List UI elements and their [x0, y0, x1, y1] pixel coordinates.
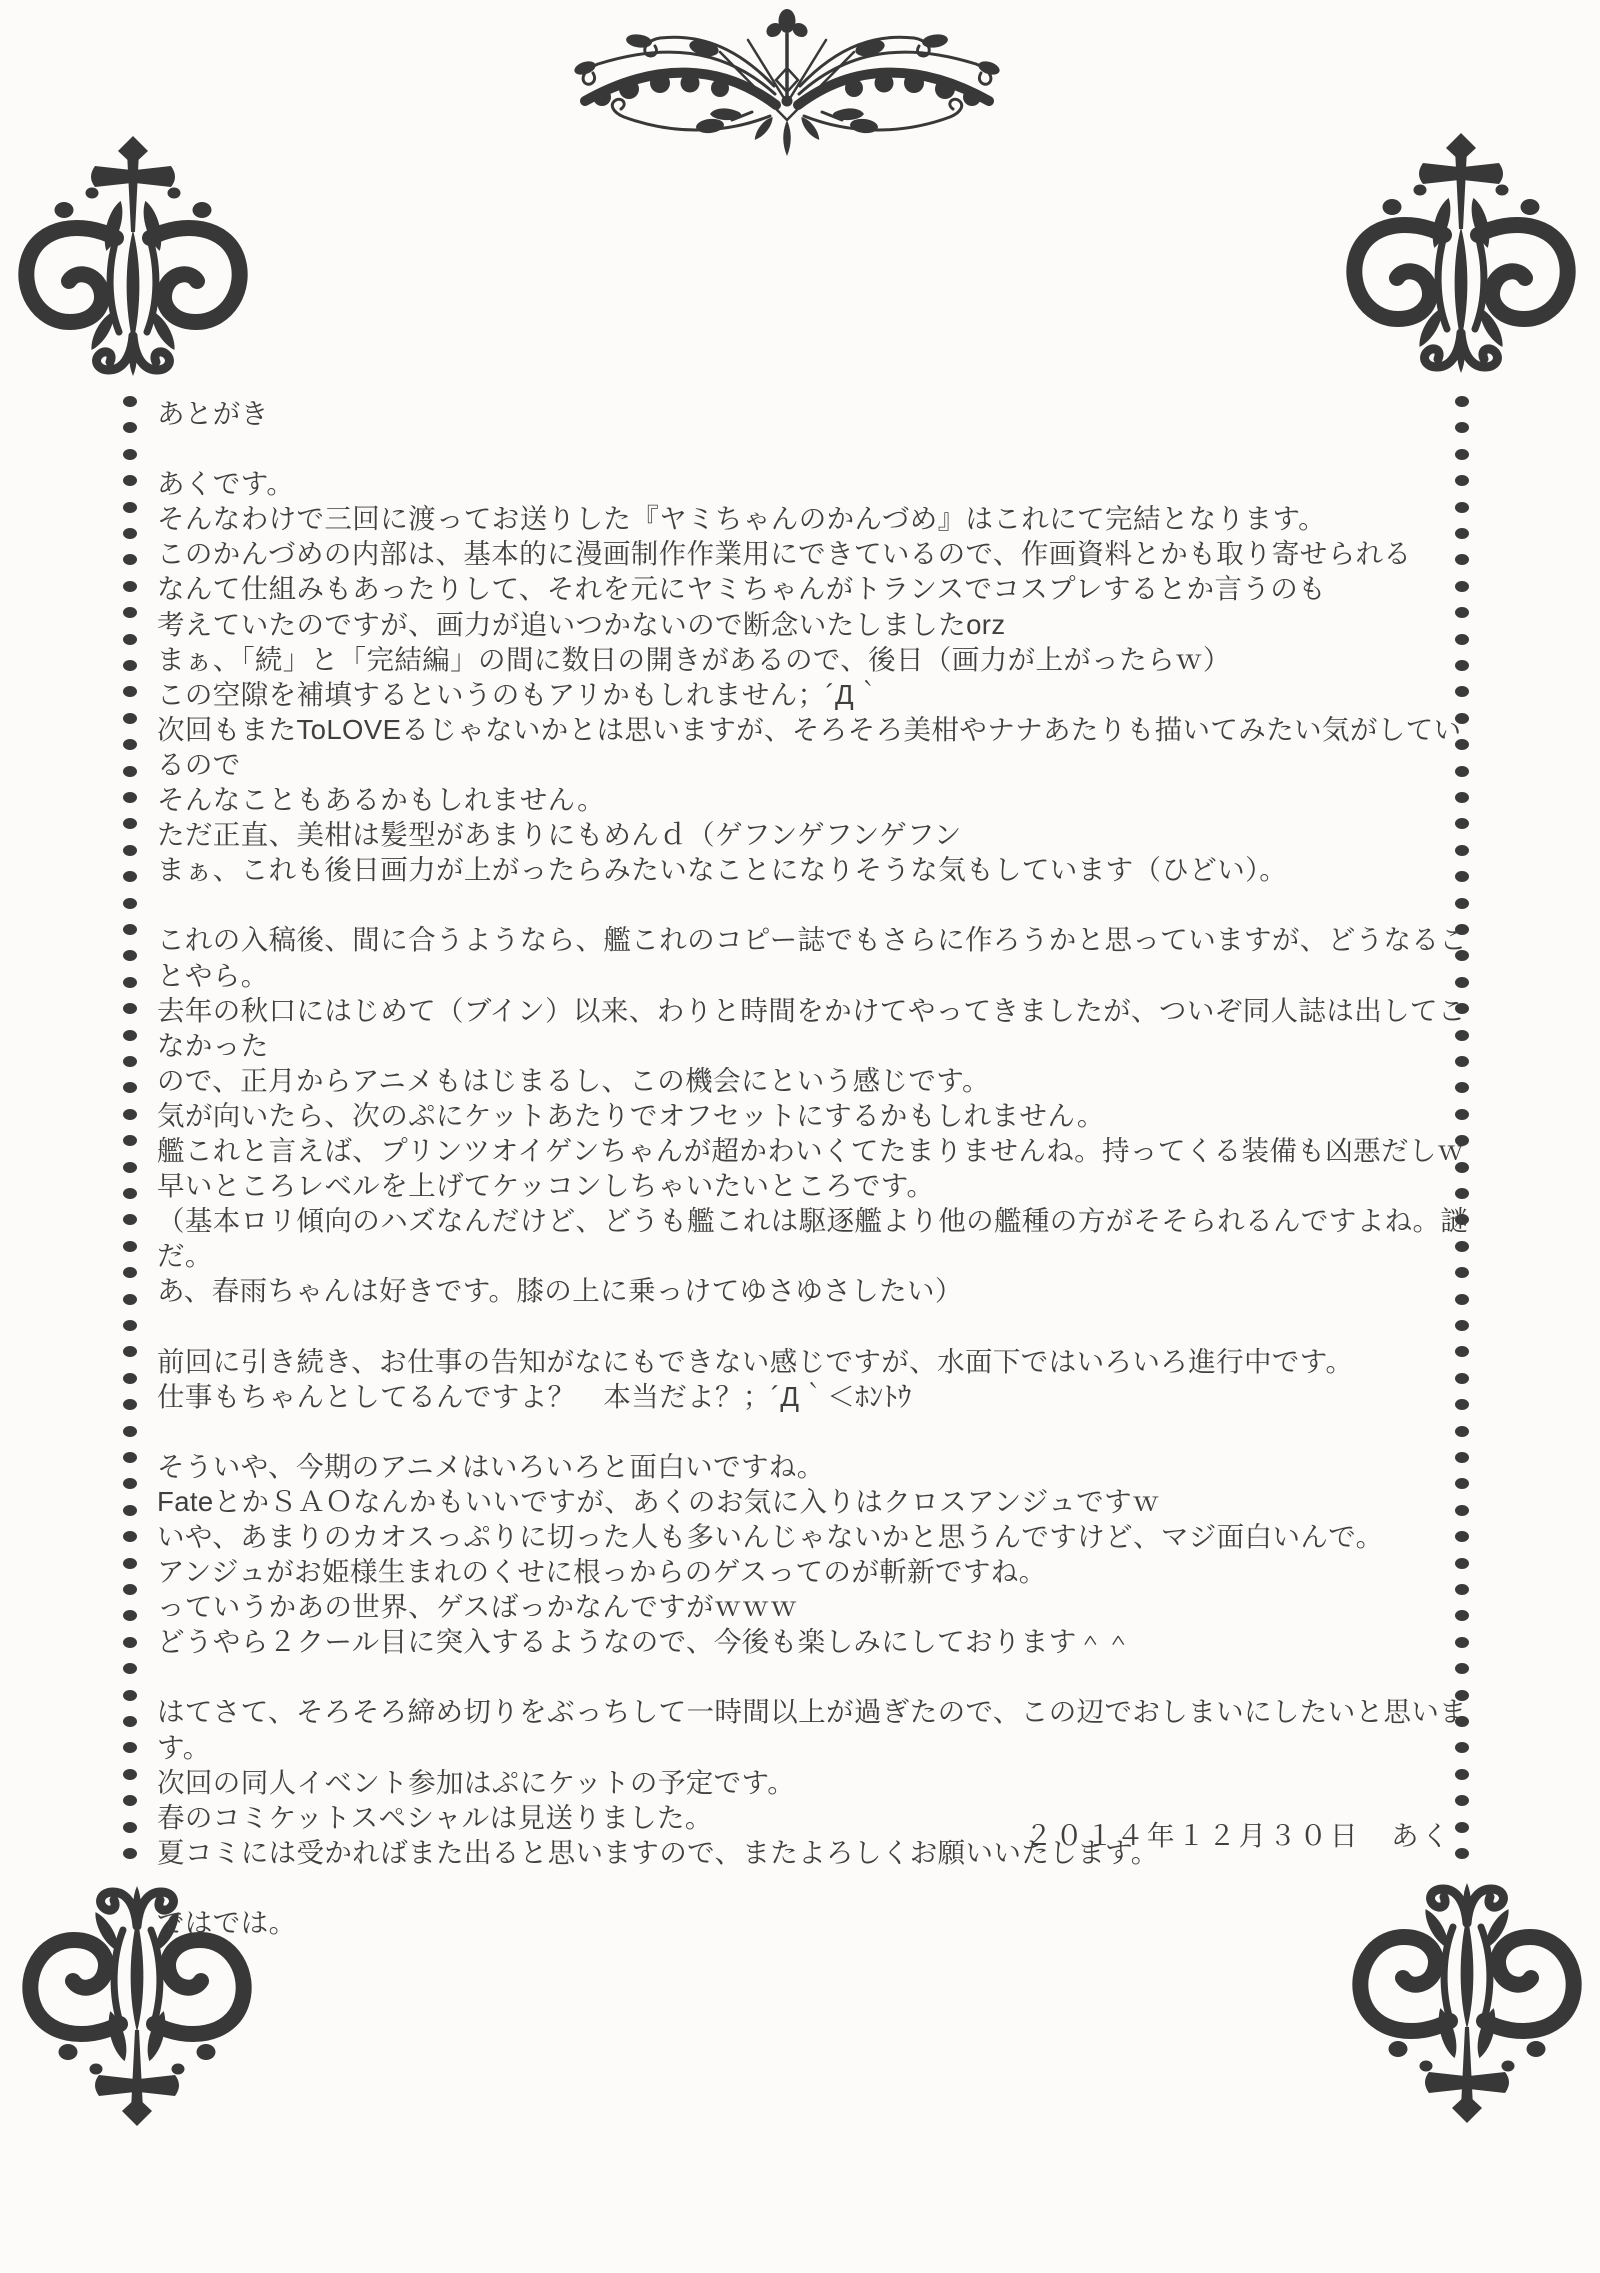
border-dot [123, 713, 137, 724]
text-line: FateとかＳＡＯなんかもいいですが、あくのお気に入りはクロスアンジュですｗ [157, 1484, 1469, 1519]
border-dot [123, 528, 137, 539]
border-dot [123, 924, 137, 935]
border-dot [123, 554, 137, 565]
text-line: どうやら２クール目に突入するようなので、今後も楽しみにしております＾＾ [157, 1624, 1469, 1659]
border-dot [123, 1584, 137, 1595]
border-dot [123, 1373, 137, 1384]
text-line: まぁ、「続」と「完結編」の間に数日の開きがあるので、後日（画力が上がったらｗ） [157, 642, 1469, 677]
border-dot [123, 818, 137, 829]
text-line: あ、春雨ちゃんは好きです。膝の上に乗っけてゆさゆさしたい） [157, 1273, 1469, 1308]
text-line: 次回の同人イベント参加はぷにケットの予定です。 [157, 1765, 1469, 1800]
border-dot [123, 1003, 137, 1014]
afterword-page: あとがき あくです。そんなわけで三回に渡ってお送りした『ヤミちゃんのかんづめ』は… [0, 0, 1600, 2273]
border-dot [123, 607, 137, 618]
text-line: 気が向いたら、次のぷにケットあたりでオフセットにするかもしれません。 [157, 1098, 1469, 1133]
text-line: ただ正直、美柑は髪型があまりにもめんｄ（ゲフンゲフンゲフン [157, 817, 1469, 852]
border-dot [123, 1426, 137, 1437]
border-dot [123, 581, 137, 592]
text-line [157, 887, 1469, 922]
text-line: そんなわけで三回に渡ってお送りした『ヤミちゃんのかんづめ』はこれにて完結となりま… [157, 501, 1469, 536]
afterword-body: あくです。そんなわけで三回に渡ってお送りした『ヤミちゃんのかんづめ』はこれにて完… [157, 431, 1469, 1940]
border-dot [123, 449, 137, 460]
border-dot [123, 1056, 137, 1067]
border-dot [123, 1188, 137, 1199]
border-dot [123, 766, 137, 777]
border-dot [123, 686, 137, 697]
border-dot [123, 898, 137, 909]
text-line: このかんづめの内部は、基本的に漫画制作作業用にできているので、作画資料とかも取り… [157, 536, 1469, 571]
border-dot [123, 1610, 137, 1621]
text-line: 次回もまたToLOVEるじゃないかとは思いますが、そろそろ美柑やナナあたりも描い… [157, 712, 1469, 782]
text-line [157, 1659, 1469, 1694]
text-line [157, 1308, 1469, 1343]
border-dot [123, 1795, 137, 1806]
text-line: あくです。 [157, 466, 1469, 501]
text-line: （基本ロリ傾向のハズなんだけど、どうも艦これは駆逐艦より他の艦種の方がそそられる… [157, 1203, 1469, 1273]
border-dot [123, 792, 137, 803]
border-dot [123, 1109, 137, 1120]
border-dot [123, 1531, 137, 1542]
border-dot [123, 1505, 137, 1516]
afterword-heading: あとがき [157, 396, 1469, 431]
border-dot [123, 502, 137, 513]
border-dot [123, 1294, 137, 1305]
border-dot [123, 1848, 137, 1859]
border-dot [123, 1822, 137, 1833]
border-dot [123, 950, 137, 961]
border-dot [123, 1637, 137, 1648]
border-dot [123, 1399, 137, 1410]
border-dot [123, 1716, 137, 1727]
border-dot [123, 871, 137, 882]
text-line: いや、あまりのカオスっぷりに切った人も多いんじゃないかと思うんですけど、マジ面白… [157, 1519, 1469, 1554]
border-dot [123, 739, 137, 750]
text-line: ではでは。 [157, 1905, 1469, 1940]
border-dot [123, 1558, 137, 1569]
text-line: ので、正月からアニメもはじまるし、この機会にという感じです。 [157, 1063, 1469, 1098]
text-line: 早いところレベルを上げてケッコンしちゃいたいところです。 [157, 1168, 1469, 1203]
corner-ornament-top-right [1346, 133, 1576, 373]
text-line [157, 431, 1469, 466]
border-dot [123, 1030, 137, 1041]
text-line: アンジュがお姫様生まれのくせに根っからのゲスってのが斬新ですね。 [157, 1554, 1469, 1589]
border-dot [123, 1452, 137, 1463]
text-line: 前回に引き続き、お仕事の告知がなにもできない感じですが、水面下ではいろいろ進行中… [157, 1344, 1469, 1379]
border-dot [123, 1346, 137, 1357]
border-dot [123, 422, 137, 433]
border-dot [123, 1690, 137, 1701]
border-dot [123, 1267, 137, 1278]
text-line: なんて仕組みもあったりして、それを元にヤミちゃんがトランスでコスプレするとか言う… [157, 571, 1469, 606]
border-dot [123, 1162, 137, 1173]
border-dot [123, 1320, 137, 1331]
border-dot [123, 1241, 137, 1252]
text-line [157, 1414, 1469, 1449]
text-line: 仕事もちゃんとしてるんですよ？ 本当だよ？；´Д｀＜ﾎﾝﾄｳ [157, 1379, 1469, 1414]
border-dot [123, 396, 137, 407]
border-dot [123, 1742, 137, 1753]
border-dot [123, 1478, 137, 1489]
border-dot [123, 660, 137, 671]
border-dot [123, 1135, 137, 1146]
border-dot [123, 634, 137, 645]
text-line: 去年の秋口にはじめて（ブイン）以来、わりと時間をかけてやってきましたが、ついぞ同… [157, 993, 1469, 1063]
border-dot [123, 1082, 137, 1093]
text-line: そういや、今期のアニメはいろいろと面白いですね。 [157, 1449, 1469, 1484]
text-line: 艦これと言えば、プリンツオイゲンちゃんが超かわいくてたまりませんね。持ってくる装… [157, 1133, 1469, 1168]
top-flourish-ornament [552, 8, 1022, 158]
text-line: そんなこともあるかもしれません。 [157, 782, 1469, 817]
corner-ornament-top-left [18, 136, 248, 376]
text-line: この空隙を補填するというのもアリかもしれません；´Д｀ [157, 677, 1469, 712]
text-line: まぁ、これも後日画力が上がったらみたいなことになりそうな気もしています（ひどい）… [157, 852, 1469, 887]
border-dot [123, 1663, 137, 1674]
afterword-text: あとがき あくです。そんなわけで三回に渡ってお送りした『ヤミちゃんのかんづめ』は… [157, 396, 1469, 1940]
border-dot [123, 977, 137, 988]
text-line: はてさて、そろそろ締め切りをぶっちして一時間以上が過ぎたので、この辺でおしまいに… [157, 1694, 1469, 1764]
text-line: 考えていたのですが、画力が追いつかないので断念いたしましたorz [157, 607, 1469, 642]
text-line: これの入稿後、間に合うようなら、艦これのコピー誌でもさらに作ろうかと思っています… [157, 922, 1469, 992]
border-dot [123, 1769, 137, 1780]
text-line: っていうかあの世界、ゲスばっかなんですがｗｗｗ [157, 1589, 1469, 1624]
signature-date: ２０１４年１２月３０日 あく [1025, 1818, 1452, 1853]
border-dot [123, 475, 137, 486]
border-dot [123, 1214, 137, 1225]
text-line [157, 1870, 1469, 1905]
border-dot [123, 845, 137, 856]
